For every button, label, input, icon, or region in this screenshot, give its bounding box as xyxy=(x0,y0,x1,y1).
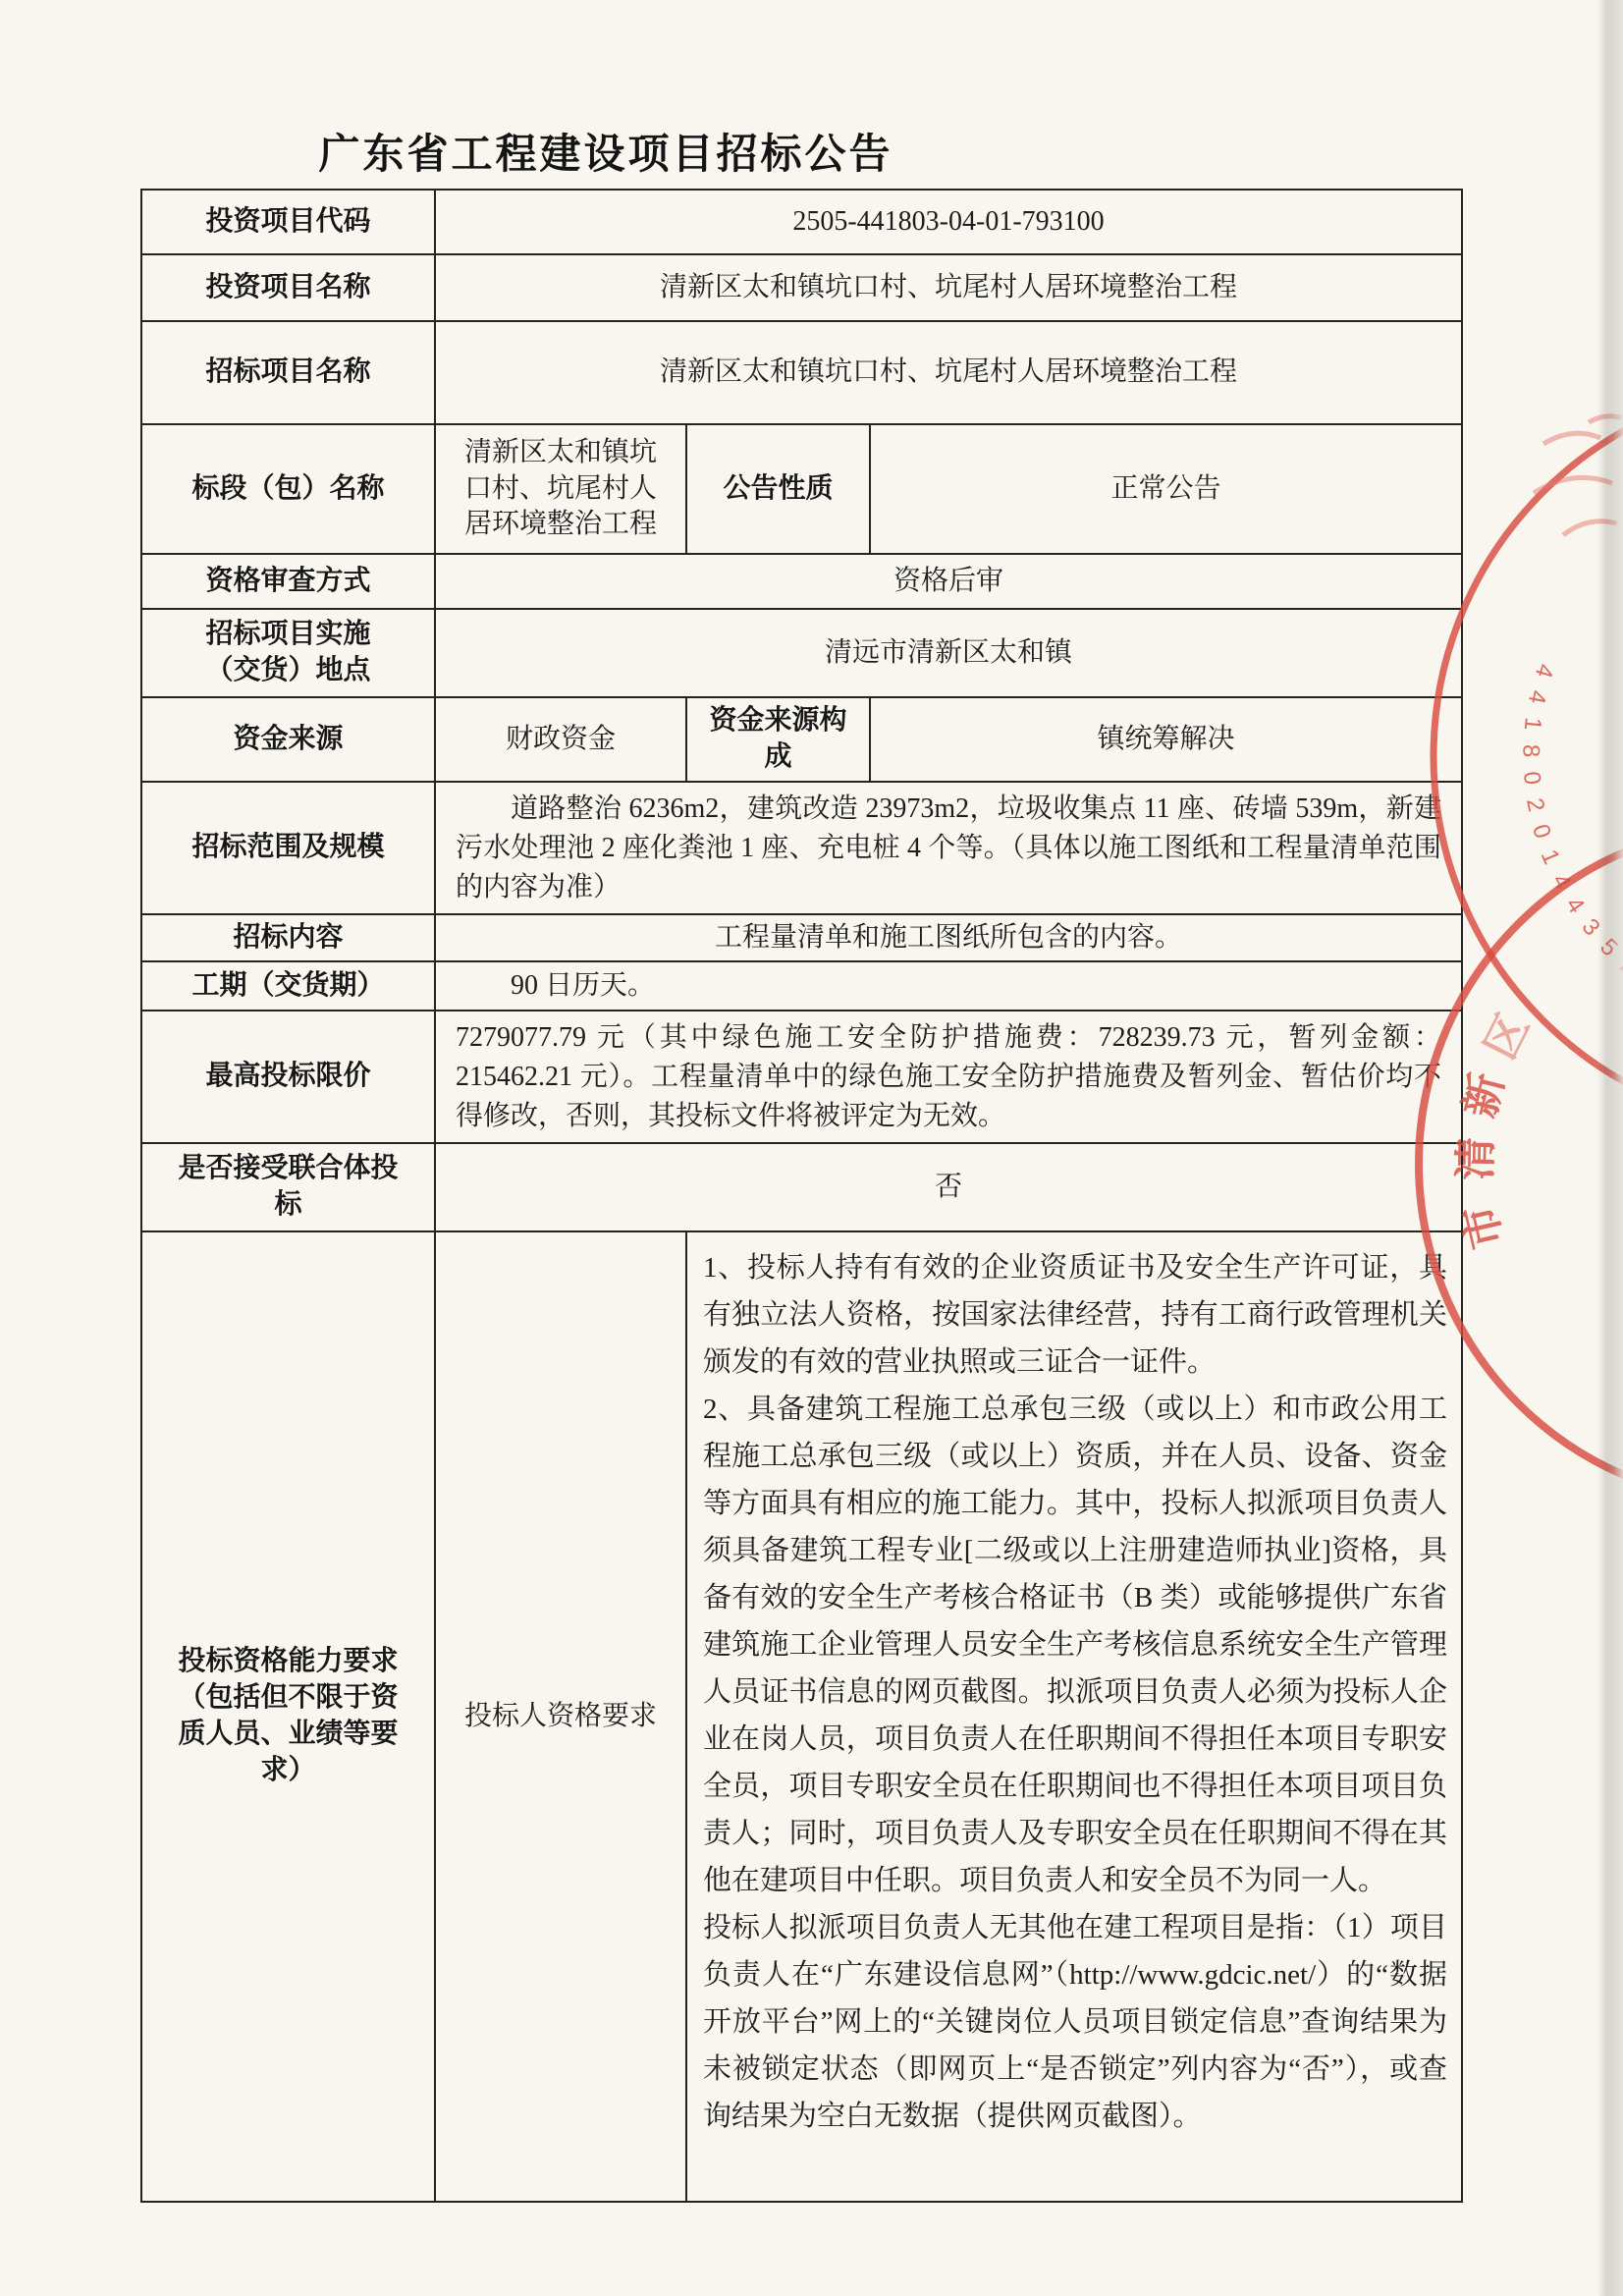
table-row: 标段（包）名称 清新区太和镇坑 口村、坑尾村人 居环境整治工程 公告性质 正常公… xyxy=(141,424,1462,554)
invest-code-value: 2505-441803-04-01-793100 xyxy=(435,190,1462,254)
section-name-value: 清新区太和镇坑 口村、坑尾村人 居环境整治工程 xyxy=(435,424,686,554)
tender-scope-value: 道路整治 6236m2，建筑改造 23973m2，垃圾收集点 11 座、砖墙 5… xyxy=(435,782,1462,914)
consortium-value: 否 xyxy=(435,1143,1462,1231)
table-row: 资格审查方式 资格后审 xyxy=(141,554,1462,609)
funding-source-label: 资金来源 xyxy=(141,697,435,782)
table-row: 最高投标限价 7279077.79 元（其中绿色施工安全防护措施费：728239… xyxy=(141,1011,1462,1143)
notice-nature-value: 正常公告 xyxy=(870,424,1462,554)
tender-info-table: 投资项目代码 2505-441803-04-01-793100 投资项目名称 清… xyxy=(140,189,1463,2203)
tender-scope-label: 招标范围及规模 xyxy=(141,782,435,914)
funding-source-value: 财政资金 xyxy=(435,697,686,782)
funding-composition-label: 资金来源构 成 xyxy=(686,697,870,782)
stamp-char: 市 xyxy=(1455,1200,1512,1253)
consortium-label: 是否接受联合体投 标 xyxy=(141,1143,435,1231)
tender-name-label: 招标项目名称 xyxy=(141,321,435,424)
qualification-paragraph: 2、具备建筑工程施工总承包三级（或以上）和市政公用工程施工总承包三级（或以上）资… xyxy=(703,1386,1447,1904)
table-row: 招标内容 工程量清单和施工图纸所包含的内容。 xyxy=(141,914,1462,961)
bidder-qualification-sublabel: 投标人资格要求 xyxy=(435,1231,686,2202)
max-bid-price-value: 7279077.79 元（其中绿色施工安全防护措施费：728239.73 元，暂… xyxy=(435,1011,1462,1143)
section-name-label: 标段（包）名称 xyxy=(141,424,435,554)
delivery-location-label: 招标项目实施 （交货）地点 xyxy=(141,609,435,697)
bidder-capability-label: 投标资格能力要求 （包括但不限于资 质人员、业绩等要 求） xyxy=(141,1231,435,2202)
qualification-review-label: 资格审查方式 xyxy=(141,554,435,609)
table-row: 投资项目名称 清新区太和镇坑口村、坑尾村人居环境整治工程 xyxy=(141,254,1462,321)
table-row: 招标项目名称 清新区太和镇坑口村、坑尾村人居环境整治工程 xyxy=(141,321,1462,424)
max-bid-price-label: 最高投标限价 xyxy=(141,1011,435,1143)
table-row: 招标范围及规模 道路整治 6236m2，建筑改造 23973m2，垃圾收集点 1… xyxy=(141,782,1462,914)
tender-content-value: 工程量清单和施工图纸所包含的内容。 xyxy=(435,914,1462,961)
table-row: 是否接受联合体投 标 否 xyxy=(141,1143,1462,1231)
table-row: 资金来源 财政资金 资金来源构 成 镇统筹解决 xyxy=(141,697,1462,782)
delivery-location-value: 清远市清新区太和镇 xyxy=(435,609,1462,697)
table-row: 工期（交货期） 90 日历天。 xyxy=(141,961,1462,1011)
qualification-paragraph: 投标人拟派项目负责人无其他在建工程项目是指：（1）项目负责人在“广东建设信息网”… xyxy=(703,1904,1447,2140)
table-row: 招标项目实施 （交货）地点 清远市清新区太和镇 xyxy=(141,609,1462,697)
scan-edge-shadow xyxy=(1597,0,1623,2296)
table-row: 投资项目代码 2505-441803-04-01-793100 xyxy=(141,190,1462,254)
invest-code-label: 投资项目代码 xyxy=(141,190,435,254)
qualification-review-value: 资格后审 xyxy=(435,554,1462,609)
funding-composition-value: 镇统筹解决 xyxy=(870,697,1462,782)
table-row: 投标资格能力要求 （包括但不限于资 质人员、业绩等要 求） 投标人资格要求 1、… xyxy=(141,1231,1462,2202)
invest-name-value: 清新区太和镇坑口村、坑尾村人居环境整治工程 xyxy=(435,254,1462,321)
scanned-tender-document: { "doc": { "title": "广东省工程建设项目招标公告" }, "… xyxy=(0,0,1623,2296)
page-title: 广东省工程建设项目招标公告 xyxy=(306,122,905,181)
tender-content-label: 招标内容 xyxy=(141,914,435,961)
stamp-char: 新 xyxy=(1456,1068,1513,1122)
bidder-qualification-text: 1、投标人持有有效的企业资质证书及安全生产许可证，具有独立法人资格，按国家法律经… xyxy=(686,1231,1462,2202)
qualification-paragraph: 1、投标人持有有效的企业资质证书及安全生产许可证，具有独立法人资格，按国家法律经… xyxy=(703,1244,1447,1386)
duration-value: 90 日历天。 xyxy=(435,961,1462,1011)
notice-nature-label: 公告性质 xyxy=(686,424,870,554)
stamp-char: 区 xyxy=(1476,1007,1539,1066)
invest-name-label: 投资项目名称 xyxy=(141,254,435,321)
duration-label: 工期（交货期） xyxy=(141,961,435,1011)
tender-name-value: 清新区太和镇坑口村、坑尾村人居环境整治工程 xyxy=(435,321,1462,424)
